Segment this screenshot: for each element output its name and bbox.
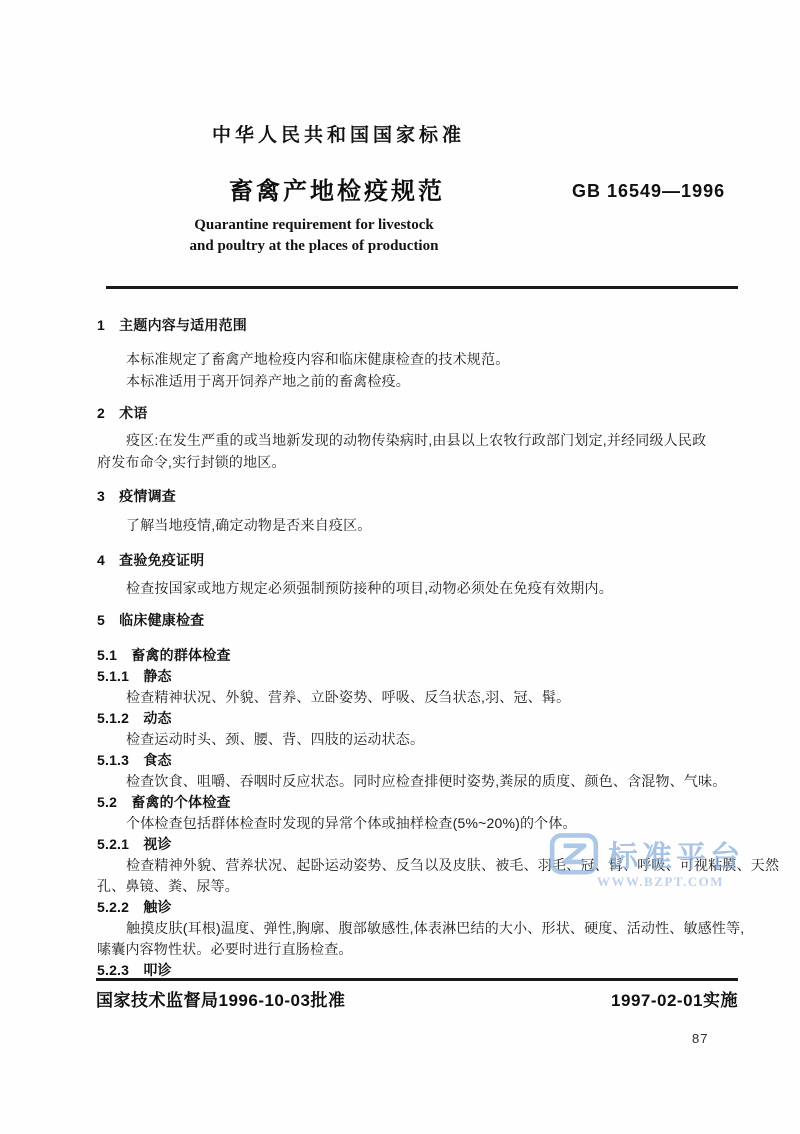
section-heading: 2 术语	[97, 405, 757, 421]
english-title-line1: Quarantine requirement for livestock	[164, 215, 464, 236]
section-heading: 1 主题内容与适用范围	[97, 317, 757, 333]
implementation-text: 1997-02-01实施	[611, 986, 738, 1011]
body-line: 检查饮食、咀嚼、吞咽时反应状态。同时应检查排便时姿势,粪尿的质度、颜色、含混物、…	[97, 773, 786, 789]
english-title: Quarantine requirement for livestock and…	[164, 215, 464, 257]
section-heading: 5.1.3 食态	[97, 752, 757, 768]
body-line: 检查精神外貌、营养状况、起卧运动姿势、反刍以及皮肤、被毛、羽毛、冠、髯、呼吸、可…	[97, 857, 786, 873]
body-line: 个体检查包括群体检查时发现的异常个体或抽样检查(5%~20%)的个体。	[97, 815, 786, 831]
document-page: 中华人民共和国国家标准 畜禽产地检疫规范 GB 16549—1996 Quara…	[0, 0, 800, 1134]
section-heading: 4 查验免疫证明	[97, 552, 757, 568]
section-heading: 5.1.2 动态	[97, 710, 757, 726]
section-heading: 5.1 畜禽的群体检查	[97, 647, 757, 663]
body-line: 检查运动时头、颈、腰、背、四肢的运动状态。	[97, 731, 786, 747]
section-heading: 3 疫情调查	[97, 488, 757, 504]
page-title: 畜禽产地检疫规范	[229, 171, 445, 206]
page-number: 87	[692, 1031, 708, 1046]
standard-label: 中华人民共和国国家标准	[212, 120, 465, 147]
body-line: 了解当地疫情,确定动物是否来自疫区。	[97, 517, 786, 533]
standard-code: GB 16549—1996	[572, 181, 725, 202]
body-line: 嗉囊内容物性状。必要时进行直肠检查。	[97, 941, 757, 957]
footer-rule	[96, 978, 738, 981]
section-heading: 5.2.3 叩诊	[97, 962, 757, 978]
body-line: 检查按国家或地方规定必须强制预防接种的项目,动物必须处在免疫有效期内。	[97, 580, 786, 596]
approval-text: 国家技术监督局1996-10-03批准	[96, 986, 345, 1011]
english-title-line2: and poultry at the places of production	[164, 236, 464, 257]
section-heading: 5.2.2 触诊	[97, 899, 757, 915]
body-line: 孔、鼻镜、粪、尿等。	[97, 878, 757, 894]
section-heading: 5.2 畜禽的个体检查	[97, 794, 757, 810]
body-line: 府发布命令,实行封锁的地区。	[97, 454, 757, 470]
body-line: 检查精神状况、外貌、营养、立卧姿势、呼吸、反刍状态,羽、冠、髯。	[97, 689, 786, 705]
body-line: 本标准适用于离开饲养产地之前的畜禽检疫。	[97, 373, 786, 389]
section-heading: 5.1.1 静态	[97, 668, 757, 684]
section-heading: 5 临床健康检查	[97, 612, 757, 628]
body-line: 触摸皮肤(耳根)温度、弹性,胸廓、腹部敏感性,体表淋巴结的大小、形状、硬度、活动…	[97, 920, 786, 936]
section-heading: 5.2.1 视诊	[97, 836, 757, 852]
header-rule	[106, 286, 738, 289]
body-line: 疫区:在发生严重的或当地新发现的动物传染病时,由县以上农牧行政部门划定,并经同级…	[97, 432, 786, 448]
body-line: 本标准规定了畜禽产地检疫内容和临床健康检查的技术规范。	[97, 351, 786, 367]
